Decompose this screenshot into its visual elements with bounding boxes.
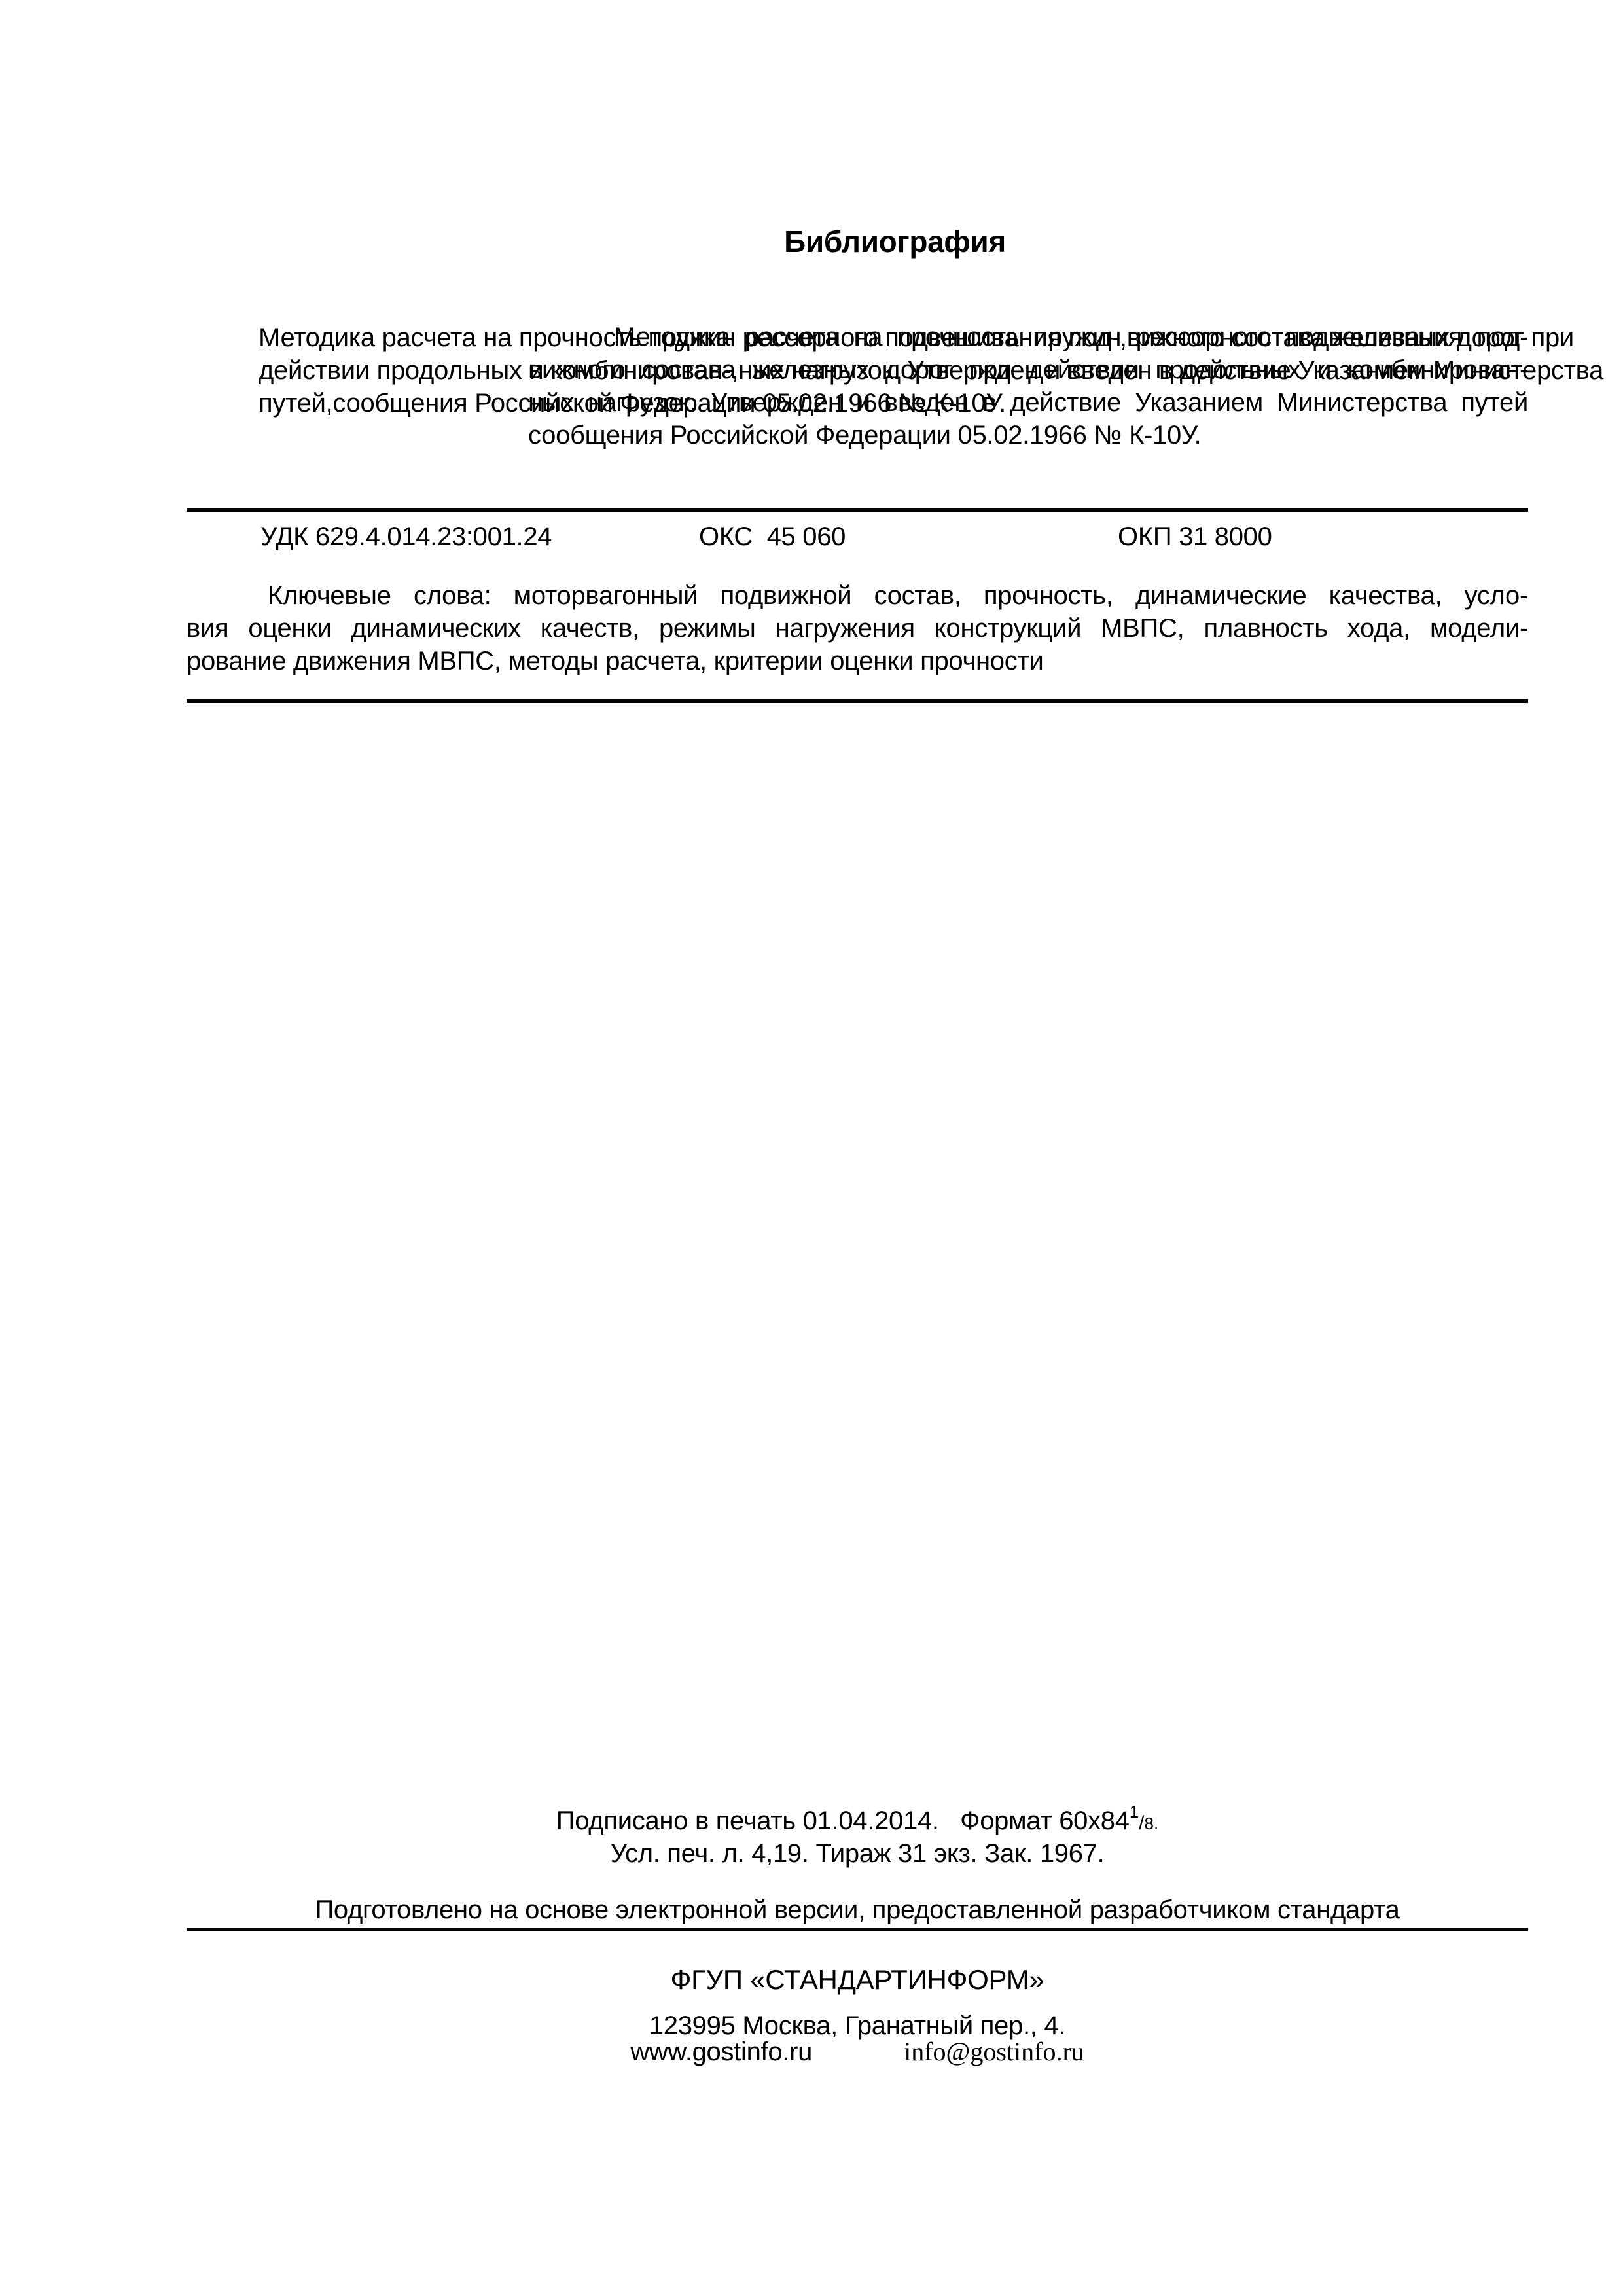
publisher-email: info@gostinfo.ru — [904, 2036, 1084, 2068]
reference-text-line: вижного состава железных дорог при дейст… — [528, 353, 1528, 386]
oks-code: ОКС 45 060 — [699, 520, 846, 553]
prepared-note: Подготовлено на основе электронной верси… — [187, 1893, 1528, 1926]
reference-text-line: ных нагрузок. Утвержден и введен в дейст… — [528, 386, 1528, 419]
format-fraction-numerator: 1 — [1130, 1802, 1139, 1821]
imprint-line-period: . — [1154, 1814, 1158, 1833]
imprint-print-date-format: Подписано в печать 01.04.2014. Формат 60… — [556, 1806, 1130, 1835]
format-fraction-slash: / — [1139, 1812, 1144, 1834]
document-page: Библиография Методика расчета на прочнос… — [0, 0, 1623, 2296]
udk-code: УДК 629.4.014.23:001.24 — [260, 520, 552, 553]
format-fraction-denominator: 8 — [1145, 1814, 1154, 1833]
publisher-name: ФГУП «СТАНДАРТИНФОРМ» — [187, 1964, 1528, 1996]
imprint-line-print-info: Подписано в печать 01.04.2014. Формат 60… — [187, 1804, 1528, 1840]
reference-text-line: сообщения Российской Федерации 05.02.196… — [528, 419, 1528, 452]
divider-rule-keywords — [187, 699, 1528, 703]
imprint-line-edition-info: Усл. печ. л. 4,19. Тираж 31 экз. Зак. 19… — [187, 1837, 1528, 1870]
keywords-line: рование движения МВПС, методы расчета, к… — [187, 645, 1528, 677]
reference-text-line: Методика расчета на прочность пружин рес… — [614, 321, 1528, 353]
publisher-website: www.gostinfo.ru — [630, 2036, 812, 2068]
page-title: Библиография — [187, 225, 1528, 258]
divider-rule-top — [187, 508, 1528, 512]
divider-rule-footer — [187, 1928, 1528, 1931]
keywords-line: Ключевые слова: моторвагонный подвижной … — [187, 579, 1528, 612]
okp-code: ОКП 31 8000 — [1118, 520, 1272, 553]
publisher-contacts-row: www.gostinfo.ru info@gostinfo.ru — [187, 2036, 1528, 2068]
keywords-line: вия оценки динамических качеств, режимы … — [187, 612, 1528, 645]
